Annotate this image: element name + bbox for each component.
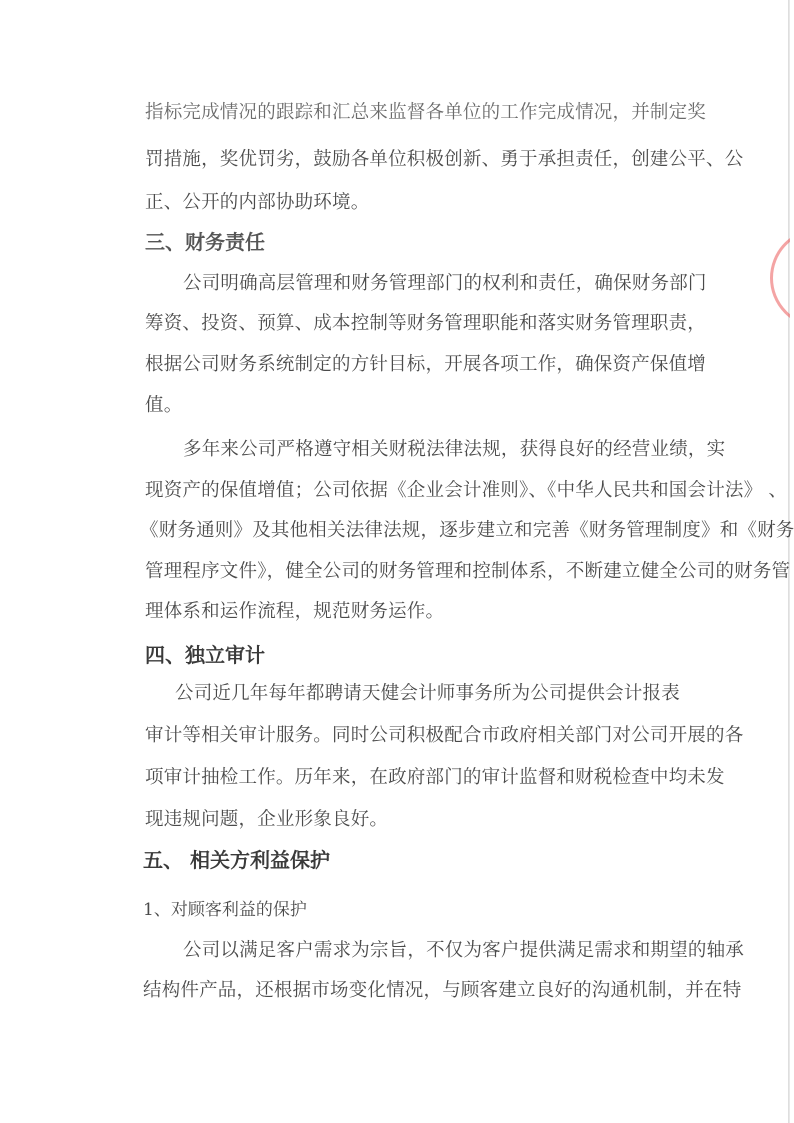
body-line: 多年来公司严格遵守相关财税法律法规，获得良好的经营业绩，实 xyxy=(183,439,725,461)
body-line: 管理程序文件》，健全公司的财务管理和控制体系，不断建立健全公司的财务管 xyxy=(145,561,790,583)
section-heading-finance: 三、财务责任 xyxy=(145,230,265,254)
body-line: 现资产的保值增值；公司依据《企业会计准则》、《中华人民共和国会计法》 、 xyxy=(145,480,787,502)
section-heading-audit: 四、独立审计 xyxy=(145,643,265,667)
body-line: 根据公司财务系统制定的方针目标，开展各项工作，确保资产保值增 xyxy=(145,354,706,376)
body-line: 理体系和运作流程，规范财务运作。 xyxy=(145,601,444,623)
subsection-heading-customer: 1、对顾客利益的保护 xyxy=(143,899,307,921)
body-line: 正、公开的内部协助环境。 xyxy=(145,192,369,214)
body-line: 指标完成情况的跟踪和汇总来监督各单位的工作完成情况，并制定奖 xyxy=(145,102,706,124)
body-line: 项审计抽检工作。历年来，在政府部门的审计监督和财税检查中均未发 xyxy=(145,767,725,789)
body-line: 公司以满足客户需求为宗旨，不仅为客户提供满足需求和期望的轴承 xyxy=(183,940,744,962)
body-line: 公司近几年每年都聘请天健会计师事务所为公司提供会计报表 xyxy=(175,683,680,705)
red-seal-stamp xyxy=(770,228,790,328)
body-line: 结构件产品，还根据市场变化情况，与顾客建立良好的沟通机制，并在特 xyxy=(143,980,741,1002)
body-line: 罚措施，奖优罚劣，鼓励各单位积极创新、勇于承担责任，创建公平、公 xyxy=(145,149,743,171)
red-seal-ring xyxy=(770,228,790,328)
body-line: 《财务通则》及其他相关法律法规，逐步建立和完善《财务管理制度》和《财务 xyxy=(140,520,794,542)
body-line: 审计等相关审计服务。同时公司积极配合市政府相关部门对公司开展的各 xyxy=(145,725,743,747)
body-line: 公司明确高层管理和财务管理部门的权利和责任，确保财务部门 xyxy=(183,273,707,295)
body-line: 值。 xyxy=(145,395,182,417)
body-line: 现违规问题，企业形象良好。 xyxy=(145,809,388,831)
section-heading-stakeholders: 五、 相关方利益保护 xyxy=(143,848,330,872)
body-line: 筹资、投资、预算、成本控制等财务管理职能和落实财务管理职责， xyxy=(145,313,706,335)
